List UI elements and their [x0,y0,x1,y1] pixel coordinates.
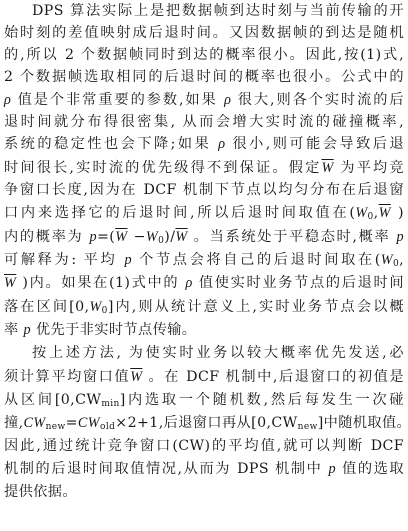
text: )内。如果在(1)式中的 [16,275,185,291]
text: 争窗口长度,因为在 DCF 机制下节点以均匀分布在后退窗 [4,182,404,198]
text-line: 机制的后退时间取值情况,从而为 DPS 机制中 p 值的选取 [4,458,404,480]
text: 。当系统处于平稳态时,概率 [188,229,397,245]
text: 按上述方法, 为使实时业务以较大概率优先发送,必 [32,345,404,361]
text-line: 须计算平均窗口值W 。在 DCF 机制中,后退窗口的初值是 [4,366,404,388]
text-line: 从区间[0,CWmin]内选取一个随机数,然后每发生一次碰 [4,389,404,411]
math-w-bar: W [130,369,142,385]
text: 可解释为: 平均 [4,252,124,268]
math-w: W [146,229,158,245]
text: ) [391,205,404,221]
text: 退时间就分布得很密集, 从而会增大实时流的碰撞概率, [4,114,404,130]
text: )/ [164,229,175,245]
subscript: new [298,422,318,432]
text-line: 因此,通过统计竞争窗口(CW)的平均值,就可以判断 DCF [4,435,404,457]
text-line: 落在区间[0,W0]内,则从统计意义上,实时业务节点会以概 [4,296,404,318]
paper-page: DPS 算法实际上是把数据帧到达时刻与当前传输的开 始时刻的差值映射成后退时间。… [0,0,408,531]
text: = [66,415,78,431]
math-cw: CW [78,415,100,431]
subscript: new [46,422,66,432]
text-line: DPS 算法实际上是把数据帧到达时刻与当前传输的开 [32,0,404,22]
text-line: 撞,CWnew=CWold×2+1,后退窗口再从[0,CWnew]中随机取值。 [4,412,404,434]
text: 系统的稳定性也会下降;如果 [4,136,218,152]
math-w: W [355,205,367,221]
text: 为平均竞 [334,160,404,176]
text: 的,所以 2 个数据帧同时到达的概率很小。因此,按(1)式, [4,47,404,63]
text-line: 内的概率为 p=(W −W0)/W 。当系统处于平稳态时,概率 p [4,226,404,248]
text: 2 个数据帧选取相同的后退时间的概率也很小。公式中的 [4,69,404,85]
text-line: 始时刻的差值映射成后退时间。又因数据帧的到达是随机 [4,22,404,44]
text-line: 系统的稳定性也会下降;如果 ρ 很小,则可能会导致后退 [4,133,404,155]
text: 值的选取 [336,461,404,477]
text-line: 可解释为: 平均 p 个节点会将自己的后退时间取在(W0, [4,249,404,271]
math-p: p [397,229,405,245]
text: 从区间[0,CW [4,392,101,408]
text-line: 争窗口长度,因为在 DCF 机制下节点以均匀分布在后退窗 [4,179,404,201]
text: 时间很长,实时流的优先级得不到保证。假定 [4,160,321,176]
text-line: ρ 值是个非常重要的参数,如果 ρ 很大,则各个实时流的后 [4,89,404,111]
math-w-bar: W [175,229,187,245]
text: 始时刻的差值映射成后退时间。又因数据帧的到达是随机 [4,25,404,41]
math-w-bar: W [4,275,16,291]
text: ]中随机取值。 [318,415,408,431]
text: 因此,通过统计竞争窗口(CW)的平均值,就可以判断 DCF [4,438,404,454]
text: 提供依据。 [4,484,77,500]
text-line: 时间很长,实时流的优先级得不到保证。假定W 为平均竞 [4,157,404,179]
text: − [127,229,145,245]
math-p: p [24,322,32,338]
text: 率 [4,322,24,338]
subscript: old [100,422,115,432]
text: , [399,252,404,268]
math-w: W [381,252,393,268]
text: 值是个非常重要的参数,如果 [11,92,224,108]
text-line: 率 p 优先于非实时节点传输。 [4,319,404,341]
math-w: W [89,299,101,315]
text-line: 口内来选择它的后退时间,所以后退时间取值在(W0,W ) [4,202,404,224]
text: DPS 算法实际上是把数据帧到达时刻与当前传输的开 [32,3,404,19]
text: 机制的后退时间取值情况,从而为 DPS 机制中 [4,461,328,477]
text: 内的概率为 [4,229,89,245]
math-p: p [124,252,132,268]
math-w-bar: W [115,229,127,245]
text: 。在 DCF 机制中,后退窗口的初值是 [142,369,404,385]
math-rho: ρ [185,275,192,291]
subscript: min [101,399,119,409]
math-w-bar: W [321,160,333,176]
math-p: p [328,461,336,477]
text-line: W )内。如果在(1)式中的 ρ 值使实时业务节点的后退时间 [4,272,404,294]
text-line: 2 个数据帧选取相同的后退时间的概率也很小。公式中的 [4,66,404,88]
text: 落在区间[0, [4,299,89,315]
text: 撞, [4,415,24,431]
text: 优先于非实时节点传输。 [31,322,196,338]
text-line: 的,所以 2 个数据帧同时到达的概率很小。因此,按(1)式, [4,44,404,66]
math-cw: CW [24,415,46,431]
text: 个节点会将自己的后退时间取在( [132,252,381,268]
math-w-bar: W [379,205,391,221]
text: ]内,则从统计意义上,实时业务节点会以概 [108,299,404,315]
text-line: 提供依据。 [4,481,404,503]
text: 很小,则可能会导致后退 [225,136,404,152]
text: 值使实时业务节点的后退时间 [193,275,404,291]
text: =( [97,229,115,245]
text: ×2+1,后退窗口再从[0,CW [115,415,297,431]
text: ]内选取一个随机数,然后每发生一次碰 [120,392,404,408]
text: 须计算平均窗口值 [4,369,130,385]
text: 很大,则各个实时流的后 [231,92,404,108]
text-line: 按上述方法, 为使实时业务以较大概率优先发送,必 [32,342,404,364]
text: 口内来选择它的后退时间,所以后退时间取值在( [4,205,355,221]
text-line: 退时间就分布得很密集, 从而会增大实时流的碰撞概率, [4,111,404,133]
math-p: p [89,229,97,245]
